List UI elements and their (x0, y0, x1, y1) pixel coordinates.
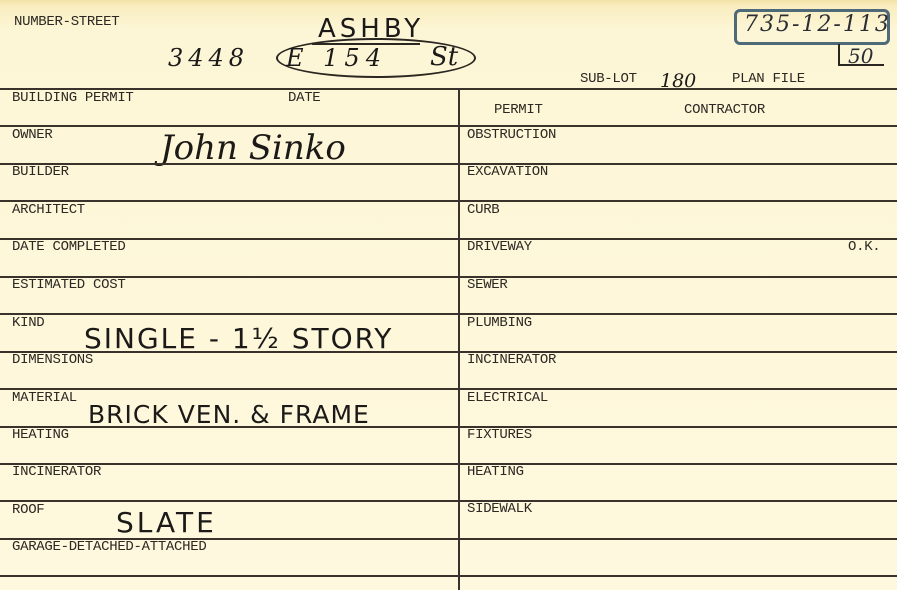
file-sub-underline (838, 64, 884, 66)
material-value: BRICK VEN. & FRAME (88, 400, 370, 429)
owner-label: OWNER (12, 127, 53, 143)
roof-value: SLATE (116, 506, 217, 539)
permit-card: NUMBER-STREET ASHBY 3448 E 154 St 735-12… (0, 0, 897, 590)
electrical-label: ELECTRICAL (467, 390, 548, 406)
sub-lot-label: SUB-LOT (580, 71, 637, 87)
contractor-header: CONTRACTOR (684, 102, 765, 118)
roof-label: ROOF (12, 502, 44, 518)
date-label: DATE (288, 90, 320, 106)
row-rule (459, 575, 897, 577)
builder-label: BUILDER (12, 164, 69, 180)
architect-label: ARCHITECT (12, 202, 85, 218)
material-label: MATERIAL (12, 390, 77, 406)
top-rule (0, 88, 897, 90)
row-rule (0, 500, 458, 502)
permit-header: PERMIT (494, 102, 543, 118)
incinerator-permit-label: INCINERATOR (467, 352, 556, 368)
sewer-label: SEWER (467, 277, 508, 293)
row-rule (0, 313, 458, 315)
file-sub-bracket (838, 44, 840, 65)
address-suffix-handwritten: St (430, 42, 458, 72)
incinerator-label: INCINERATOR (12, 464, 101, 480)
plumbing-label: PLUMBING (467, 315, 532, 331)
fixtures-label: FIXTURES (467, 427, 532, 443)
garage-label: GARAGE-DETACHED-ATTACHED (12, 539, 206, 555)
estimated-cost-label: ESTIMATED COST (12, 277, 125, 293)
owner-value: John Sinko (160, 128, 346, 168)
row-rule (0, 575, 458, 577)
row-rule (459, 463, 897, 465)
sidewalk-label: SIDEWALK (467, 501, 532, 517)
address-circled-handwritten: E 154 (286, 44, 387, 72)
address-number-handwritten: 3448 (168, 44, 249, 72)
date-completed-label: DATE COMPLETED (12, 239, 125, 255)
kind-label: KIND (12, 315, 44, 331)
heating-permit-label: HEATING (467, 464, 524, 480)
row-rule (459, 276, 897, 278)
dimensions-label: DIMENSIONS (12, 352, 93, 368)
curb-label: CURB (467, 202, 499, 218)
row-rule (0, 125, 458, 127)
excavation-label: EXCAVATION (467, 164, 548, 180)
heating-label: HEATING (12, 427, 69, 443)
plan-file-label: PLAN FILE (732, 71, 805, 87)
row-rule (459, 200, 897, 202)
obstruction-label: OBSTRUCTION (467, 127, 556, 143)
row-rule (459, 538, 897, 540)
driveway-status: O.K. (848, 239, 880, 255)
file-number: 735-12-113 (744, 12, 891, 37)
driveway-label: DRIVEWAY (467, 239, 532, 255)
number-street-label: NUMBER-STREET (14, 14, 119, 30)
building-permit-label: BUILDING PERMIT (12, 90, 134, 106)
